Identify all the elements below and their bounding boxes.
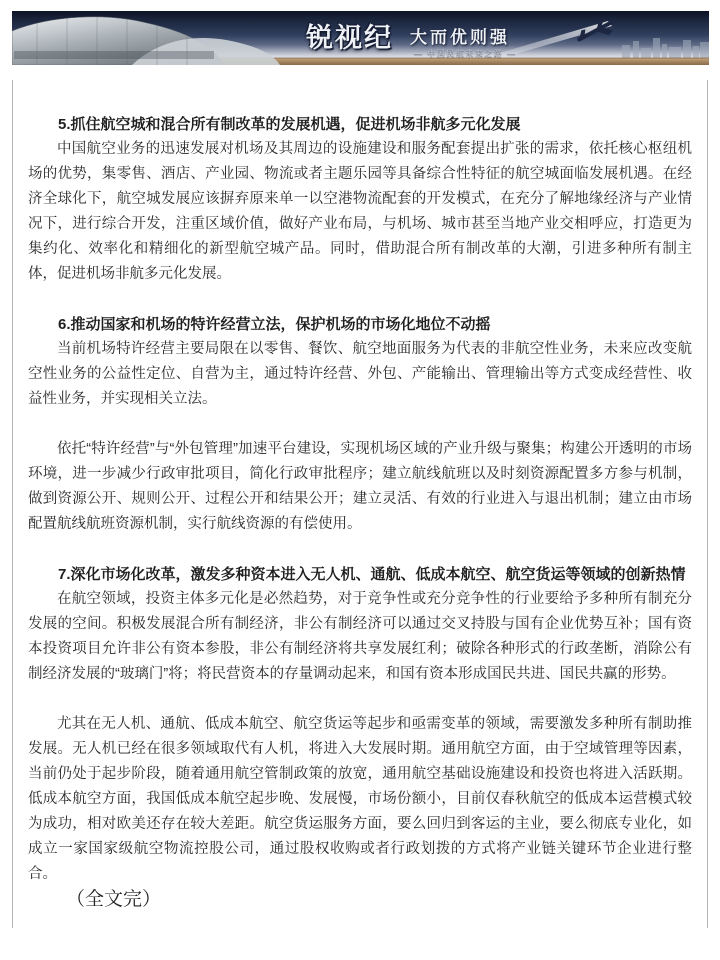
banner-slogan: 大而优则强	[410, 23, 510, 48]
end-of-article-marker: （全文完）	[28, 887, 692, 912]
section-heading-7: 7.深化市场化改革，激发多种资本进入无人机、通航、低成本航空、航空货运等领域的创…	[28, 562, 692, 587]
section-6-paragraph-1: 当前机场特许经营主要局限在以零售、餐饮、航空地面服务为代表的非航空性业务，未来应…	[28, 337, 692, 412]
banner-separator: ·	[386, 22, 392, 43]
section-heading-6: 6.推动国家和机场的特许经营立法，保护机场的市场化地位不动摇	[28, 312, 692, 337]
left-margin-line	[12, 80, 13, 928]
section-heading-5: 5.抓住航空城和混合所有制改革的发展机遇，促进机场非航多元化发展	[28, 112, 692, 137]
right-margin-line	[707, 80, 708, 928]
banner-title: 锐视纪	[306, 16, 393, 55]
document-page: 锐视纪 · 大而优则强 — 中国民航未来之路 — 5.抓住航空城和混合所有制改革…	[0, 0, 720, 960]
article-body: 5.抓住航空城和混合所有制改革的发展机遇，促进机场非航多元化发展 中国航空业务的…	[28, 112, 692, 912]
section-5-paragraph-1: 中国航空业务的迅速发展对机场及其周边的设施建设和服务配套提出扩张的需求，依托核心…	[28, 137, 692, 287]
section-7-paragraph-2: 尤其在无人机、通航、低成本航空、航空货运等起步和亟需变革的领域，需要激发多种所有…	[28, 712, 692, 887]
section-6-paragraph-2: 依托“特许经营”与“外包管理”加速平台建设，实现机场区域的产业升级与聚集；构建公…	[28, 437, 692, 537]
header-banner: 锐视纪 · 大而优则强 — 中国民航未来之路 —	[12, 11, 709, 65]
banner-tagline: — 中国民航未来之路 —	[414, 48, 516, 59]
section-7-paragraph-1: 在航空领域，投资主体多元化是必然趋势，对于竞争性或充分竞争性的行业要给予多种所有…	[28, 587, 692, 687]
